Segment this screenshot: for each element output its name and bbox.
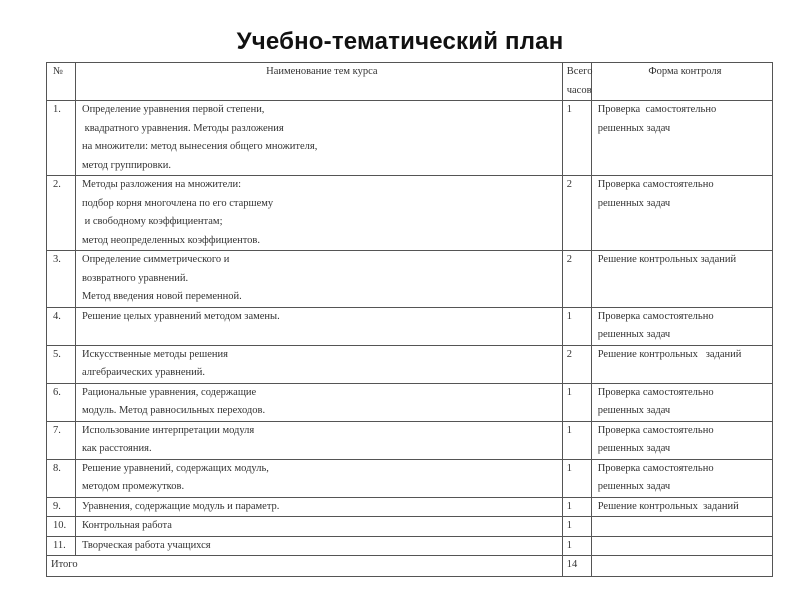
control-form-line: Проверка самостоятельно (598, 176, 772, 195)
control-form-line: Проверка самостоятельно (598, 422, 772, 441)
topic-line: Решение целых уравнений методом замены. (82, 308, 562, 327)
header-hours-line2: часов (567, 82, 591, 101)
topic-line: как расстояния. (82, 440, 562, 459)
topic-line: Определение уравнения первой степени, (82, 101, 562, 120)
row-control-form: Проверка самостоятельнорешенных задач (591, 101, 772, 176)
row-topic: Решение целых уравнений методом замены. (75, 307, 562, 345)
row-control-form: Решение контрольных заданий (591, 251, 772, 308)
topic-line: метод группировки. (82, 157, 562, 176)
row-number: 2. (47, 176, 76, 251)
control-form-line: Решение контрольных заданий (598, 346, 772, 365)
row-number: 4. (47, 307, 76, 345)
table-row: 5.Искусственные методы решенияалгебраиче… (47, 345, 773, 383)
row-hours: 1 (562, 421, 591, 459)
topic-line: Уравнения, содержащие модуль и параметр. (82, 498, 562, 517)
row-topic: Уравнения, содержащие модуль и параметр. (75, 497, 562, 517)
table-header-row: № Наименование тем курса Всего часов Фор… (47, 63, 773, 101)
row-hours: 2 (562, 176, 591, 251)
control-form-line: Проверка самостоятельно (598, 460, 772, 479)
row-hours: 1 (562, 101, 591, 176)
row-number: 7. (47, 421, 76, 459)
row-number: 11. (47, 536, 76, 556)
row-number: 9. (47, 497, 76, 517)
control-form-line: Решение контрольных заданий (598, 251, 772, 270)
row-hours: 2 (562, 251, 591, 308)
row-control-form: Проверка самостоятельнорешенных задач (591, 307, 772, 345)
row-hours: 1 (562, 307, 591, 345)
topic-line: модуль. Метод равносильных переходов. (82, 402, 562, 421)
total-control-form (591, 556, 772, 577)
row-topic: Творческая работа учащихся (75, 536, 562, 556)
topic-line: методом промежутков. (82, 478, 562, 497)
row-control-form: Проверка самостоятельнорешенных задач (591, 176, 772, 251)
row-topic: Рациональные уравнения, содержащиемодуль… (75, 383, 562, 421)
row-number: 3. (47, 251, 76, 308)
control-form-line: Проверка самостоятельно (598, 308, 772, 327)
table-row: 4.Решение целых уравнений методом замены… (47, 307, 773, 345)
control-form-line: решенных задач (598, 326, 772, 345)
row-number: 6. (47, 383, 76, 421)
row-control-form: Проверка самостоятельнорешенных задач (591, 459, 772, 497)
row-hours: 1 (562, 517, 591, 537)
row-number: 8. (47, 459, 76, 497)
row-topic: Искусственные методы решенияалгебраическ… (75, 345, 562, 383)
row-control-form (591, 517, 772, 537)
row-topic: Использование интерпретации модулякак ра… (75, 421, 562, 459)
table-row: 9.Уравнения, содержащие модуль и парамет… (47, 497, 773, 517)
total-label: Итого (47, 556, 563, 577)
table-row: 10.Контрольная работа1 (47, 517, 773, 537)
topic-line: Контрольная работа (82, 517, 562, 536)
topic-line (82, 326, 562, 345)
row-topic: Методы разложения на множители:подбор ко… (75, 176, 562, 251)
topic-line: Использование интерпретации модуля (82, 422, 562, 441)
table-row: 3.Определение симметрического ивозвратно… (47, 251, 773, 308)
topic-line: Решение уравнений, содержащих модуль, (82, 460, 562, 479)
control-form-line: Проверка самостоятельно (598, 101, 772, 120)
table-row: 11.Творческая работа учащихся1 (47, 536, 773, 556)
row-number: 10. (47, 517, 76, 537)
table-row: 6.Рациональные уравнения, содержащиемоду… (47, 383, 773, 421)
topic-line: и свободному коэффициентам; (82, 213, 562, 232)
total-row: Итого14 (47, 556, 773, 577)
topic-line: Метод введения новой переменной. (82, 288, 562, 307)
table-row: 2.Методы разложения на множители:подбор … (47, 176, 773, 251)
header-hours-line1: Всего (567, 63, 591, 82)
control-form-line: решенных задач (598, 120, 772, 139)
control-form-line: Решение контрольных заданий (598, 498, 772, 517)
topic-line: Методы разложения на множители: (82, 176, 562, 195)
row-topic: Контрольная работа (75, 517, 562, 537)
table-row: 7.Использование интерпретации модулякак … (47, 421, 773, 459)
header-num: № (47, 63, 76, 101)
table-row: 8.Решение уравнений, содержащих модуль,м… (47, 459, 773, 497)
header-topic: Наименование тем курса (75, 63, 562, 101)
row-hours: 1 (562, 383, 591, 421)
topic-line: Рациональные уравнения, содержащие (82, 384, 562, 403)
control-form-line: Проверка самостоятельно (598, 384, 772, 403)
topic-line: Искусственные методы решения (82, 346, 562, 365)
topic-line: Творческая работа учащихся (82, 537, 562, 556)
row-control-form: Проверка самостоятельнорешенных задач (591, 383, 772, 421)
topic-line: метод неопределенных коэффициентов. (82, 232, 562, 251)
curriculum-table: № Наименование тем курса Всего часов Фор… (46, 62, 773, 577)
control-form-line: решенных задач (598, 478, 772, 497)
page-title: Учебно-тематический план (0, 28, 800, 56)
topic-line: подбор корня многочлена по его старшему (82, 195, 562, 214)
topic-line: квадратного уравнения. Методы разложения (82, 120, 562, 139)
topic-line: алгебраических уравнений. (82, 364, 562, 383)
row-hours: 2 (562, 345, 591, 383)
row-control-form: Решение контрольных заданий (591, 345, 772, 383)
header-hours: Всего часов (562, 63, 591, 101)
control-form-line: решенных задач (598, 195, 772, 214)
row-number: 5. (47, 345, 76, 383)
row-hours: 1 (562, 459, 591, 497)
row-hours: 1 (562, 497, 591, 517)
row-topic: Решение уравнений, содержащих модуль,мет… (75, 459, 562, 497)
total-hours: 14 (562, 556, 591, 577)
topic-line: возвратного уравнений. (82, 270, 562, 289)
control-form-line: решенных задач (598, 402, 772, 421)
topic-line: на множители: метод вынесения общего мно… (82, 138, 562, 157)
control-form-line: решенных задач (598, 440, 772, 459)
row-topic: Определение уравнения первой степени, кв… (75, 101, 562, 176)
row-hours: 1 (562, 536, 591, 556)
header-form: Форма контроля (591, 63, 772, 101)
row-control-form (591, 536, 772, 556)
topic-line: Определение симметрического и (82, 251, 562, 270)
row-number: 1. (47, 101, 76, 176)
row-control-form: Проверка самостоятельнорешенных задач (591, 421, 772, 459)
row-control-form: Решение контрольных заданий (591, 497, 772, 517)
row-topic: Определение симметрического ивозвратного… (75, 251, 562, 308)
table-row: 1.Определение уравнения первой степени, … (47, 101, 773, 176)
